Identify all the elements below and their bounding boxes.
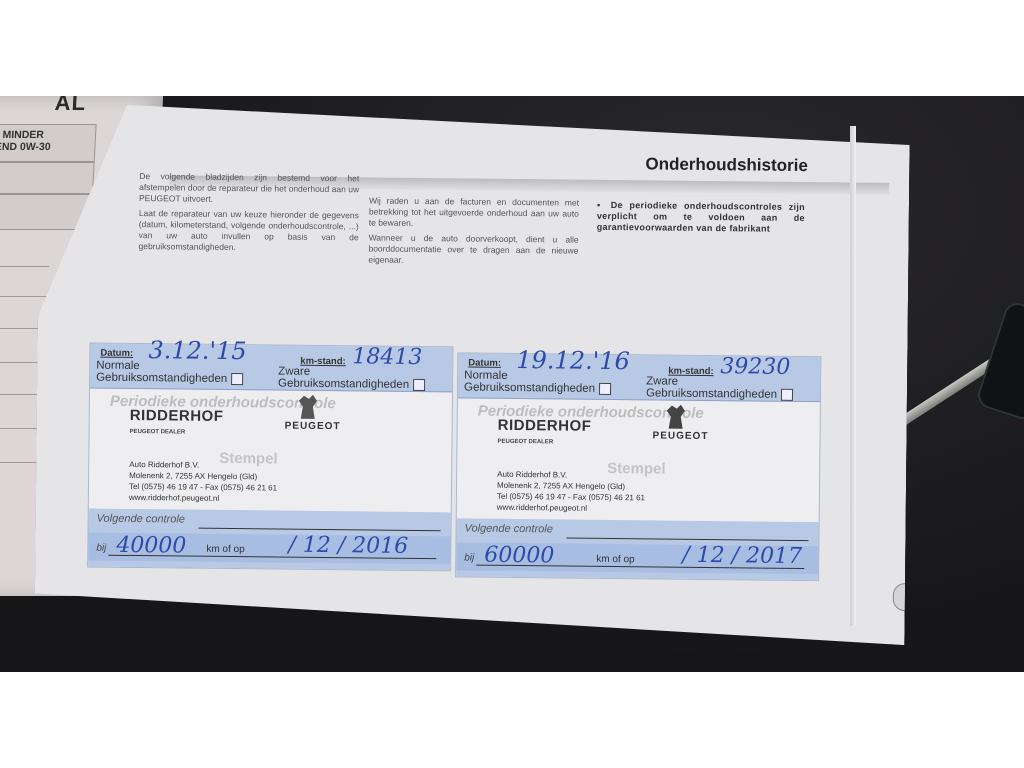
heavy-conditions: Zware Gebruiksomstandigheden (646, 375, 793, 401)
peugeot-lion-icon (295, 393, 321, 421)
service-record-2: Datum: 19.12.'16 km-stand: 39230 Normale… (455, 352, 821, 581)
intro-column-2: Wij raden u aan de facturen en documente… (368, 195, 579, 271)
left-row (0, 162, 95, 194)
intro-column-3: ▪ De periodieke onderhoudscontroles zijn… (597, 200, 805, 239)
maintenance-page: Onderhoudshistorie De volgende bladzijde… (34, 104, 910, 645)
dealer-address: Auto Ridderhof B.V. Molenenk 2, 7255 AX … (129, 459, 278, 505)
heavy-checkbox[interactable] (781, 389, 793, 401)
divider (0, 266, 49, 267)
left-row: TISCH MINDER LASTEND 0W-30 (0, 124, 97, 162)
normal-checkbox[interactable] (599, 383, 611, 395)
normal-conditions: Normale Gebruiksomstandigheden (96, 360, 243, 386)
divider (0, 394, 42, 395)
divider (0, 428, 41, 429)
peugeot-lion-icon (663, 403, 689, 431)
page-stack-edge (850, 126, 856, 626)
next-date-value[interactable]: / 12 / 2017 (682, 543, 802, 569)
page-title: Onderhoudshistorie (645, 154, 808, 176)
photo-scene: AL TISCH MINDER LASTEND 0W-30 RTZ 0W-30 … (0, 96, 1024, 672)
heavy-checkbox[interactable] (413, 379, 425, 391)
intro-column-1: De volgende bladzijden zijn bestemd voor… (138, 171, 359, 258)
dealer-stamp: Periodieke onderhoudscontrole RIDDERHOF … (89, 389, 452, 513)
record-header: Datum: 3.12.'15 km-stand: 18413 Normale … (90, 344, 452, 393)
service-record-1: Datum: 3.12.'15 km-stand: 18413 Normale … (87, 343, 453, 572)
divider (0, 296, 48, 297)
next-service: Volgende controle bij 60000 km of op / 1… (456, 518, 819, 580)
record-header: Datum: 19.12.'16 km-stand: 39230 Normale… (458, 353, 820, 402)
dealer-stamp: Periodieke onderhoudscontrole RIDDERHOF … (457, 398, 820, 522)
normal-conditions: Normale Gebruiksomstandigheden (464, 369, 611, 395)
heavy-conditions: Zware Gebruiksomstandigheden (278, 366, 425, 392)
next-service: Volgende controle bij 40000 km of op / 1… (88, 509, 451, 571)
dealer-address: Auto Ridderhof B.V. Molenenk 2, 7255 AX … (497, 469, 646, 515)
normal-checkbox[interactable] (231, 373, 243, 385)
next-date-value[interactable]: / 12 / 2016 (288, 533, 408, 559)
left-page-title: AL (54, 96, 87, 116)
divider (0, 462, 39, 463)
